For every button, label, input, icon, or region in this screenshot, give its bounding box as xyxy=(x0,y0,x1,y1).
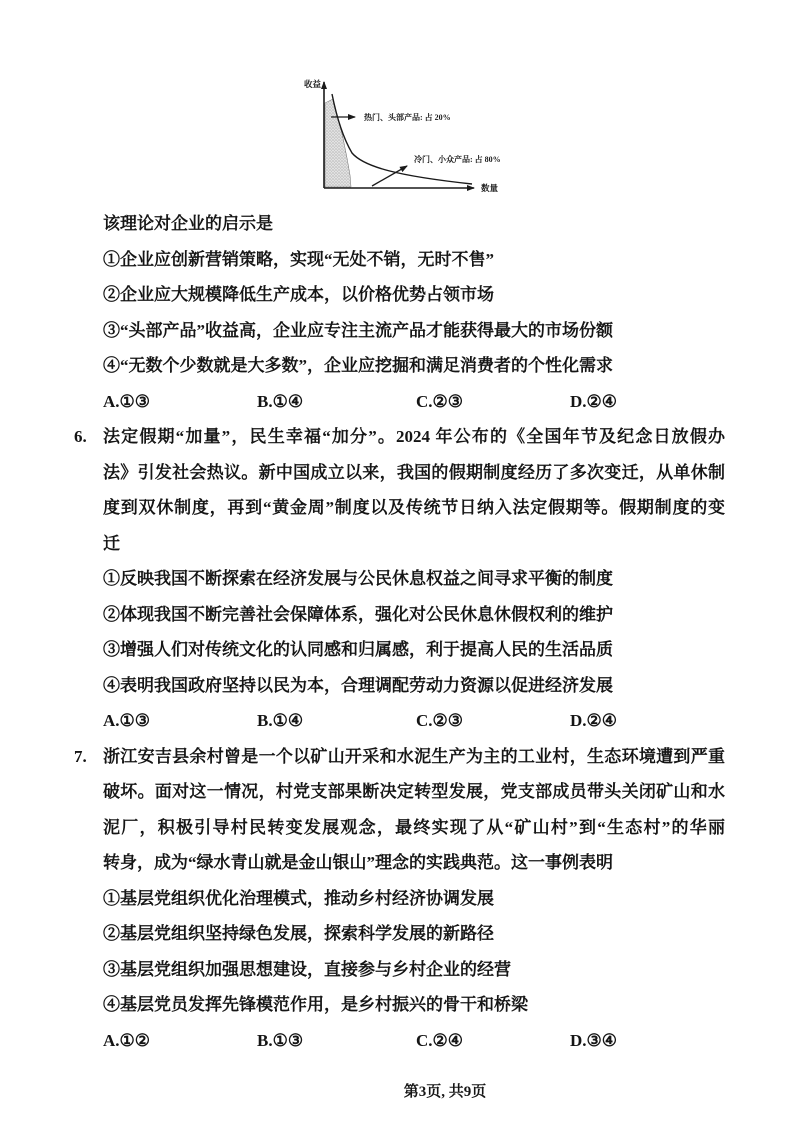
question-6-stem-line-2: 法》引发社会热议。新中国成立以来，我国的假期制度经历了多次变迁，从单休制 xyxy=(103,455,725,491)
question-6-choices: A.①③ B.①④ C.②③ D.②④ xyxy=(103,703,725,739)
question-7-option-2: ②基层党组织坚持绿色发展，探索科学发展的新路径 xyxy=(103,916,725,952)
tail-products-label: 冷门、小众产品: 占 80% xyxy=(414,154,501,164)
question-7: 7. 浙江安吉县余村曾是一个以矿山开采和水泥生产为主的工业村，生态环境遭到严重 … xyxy=(103,739,725,1059)
question-5-option-2: ②企业应大规模降低生产成本，以价格优势占领市场 xyxy=(103,277,725,313)
y-axis-label: 收益 xyxy=(304,79,322,89)
head-products-label: 热门、头部产品: 占 20% xyxy=(364,112,451,122)
question-7-option-1: ①基层党组织优化治理模式，推动乡村经济协调发展 xyxy=(103,881,725,917)
question-6-option-2: ②体现我国不断完善社会保障体系，强化对公民休息休假权利的维护 xyxy=(103,597,725,633)
question-7-option-4: ④基层党员发挥先锋模范作用，是乡村振兴的骨干和桥梁 xyxy=(103,987,725,1023)
choice-a: A.①② xyxy=(103,1023,150,1059)
question-7-stem-line-3: 泥厂，积极引导村民转变发展观念，最终实现了从“矿山村”到“生态村”的华丽 xyxy=(103,810,725,846)
question-6-option-1: ①反映我国不断探索在经济发展与公民休息权益之间寻求平衡的制度 xyxy=(103,561,725,597)
question-6-stem-line-4: 迁 xyxy=(103,526,725,562)
choice-a: A.①③ xyxy=(103,703,150,739)
long-tail-curve xyxy=(332,94,472,184)
question-7-stem-line-1: 浙江安吉县余村曾是一个以矿山开采和水泥生产为主的工业村，生态环境遭到严重 xyxy=(103,739,725,775)
question-5-option-1: ①企业应创新营销策略，实现“无处不销，无时不售” xyxy=(103,242,725,278)
question-6-option-4: ④表明我国政府坚持以民为本，合理调配劳动力资源以促进经济发展 xyxy=(103,668,725,704)
question-5-option-4: ④“无数个少数就是大多数”，企业应挖掘和满足消费者的个性化需求 xyxy=(103,348,725,384)
choice-d: D.③④ xyxy=(570,1023,617,1059)
question-7-stem-line-2: 破坏。面对这一情况，村党支部果断决定转型发展，党支部成员带头关闭矿山和水 xyxy=(103,774,725,810)
choice-c: C.②③ xyxy=(416,384,463,420)
x-axis-label: 数量 xyxy=(481,183,499,193)
choice-b: B.①④ xyxy=(257,703,303,739)
choice-c: C.②④ xyxy=(416,1023,463,1059)
choice-d: D.②④ xyxy=(570,703,617,739)
question-7-number: 7. xyxy=(74,739,87,775)
question-6: 6. 法定假期“加量”，民生幸福“加分”。2024 年公布的《全国年节及纪念日放… xyxy=(103,419,725,739)
question-6-number: 6. xyxy=(74,419,87,455)
choice-d: D.②④ xyxy=(570,384,617,420)
question-6-stem-line-3: 度到双休制度，再到“黄金周”制度以及传统节日纳入法定假期等。假期制度的变 xyxy=(103,490,725,526)
choice-a: A.①③ xyxy=(103,384,150,420)
question-5-choices: A.①③ B.①④ C.②③ D.②④ xyxy=(103,384,725,420)
long-tail-chart: 收益 数量 热门、头部产品: 占 20% 冷门、小众产品: 占 80% xyxy=(302,70,502,205)
choice-b: B.①④ xyxy=(257,384,303,420)
question-6-option-3: ③增强人们对传统文化的认同感和归属感，利于提高人民的生活品质 xyxy=(103,632,725,668)
choice-c: C.②③ xyxy=(416,703,463,739)
question-6-stem-line-1: 法定假期“加量”，民生幸福“加分”。2024 年公布的《全国年节及纪念日放假办 xyxy=(103,419,725,455)
question-7-stem-line-4: 转身，成为“绿水青山就是金山银山”理念的实践典范。这一事例表明 xyxy=(103,845,725,881)
question-5-option-3: ③“头部产品”收益高，企业应专注主流产品才能获得最大的市场份额 xyxy=(103,313,725,349)
question-5-stem: 该理论对企业的启示是 xyxy=(103,206,725,242)
question-7-choices: A.①② B.①③ C.②④ D.③④ xyxy=(103,1023,725,1059)
choice-b: B.①③ xyxy=(257,1023,303,1059)
question-7-option-3: ③基层党组织加强思想建设，直接参与乡村企业的经营 xyxy=(103,952,725,988)
tail-annotation-arrow xyxy=(372,166,407,186)
page-footer: 第3页, 共9页 xyxy=(0,1080,800,1101)
exam-page: { "page": { "footer": "第3页, 共9页" }, "cha… xyxy=(0,0,800,1131)
question-5: 该理论对企业的启示是 ①企业应创新营销策略，实现“无处不销，无时不售” ②企业应… xyxy=(103,206,725,419)
page-body: 该理论对企业的启示是 ①企业应创新营销策略，实现“无处不销，无时不售” ②企业应… xyxy=(103,206,725,1058)
